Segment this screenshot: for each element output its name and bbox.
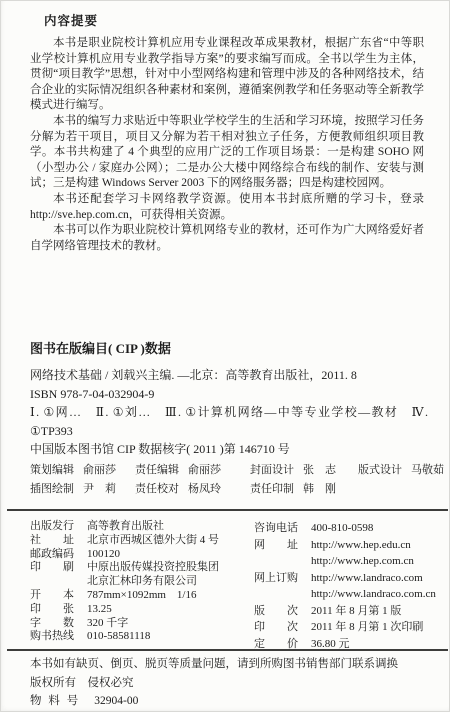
pub-value: 中原出版传媒投资控股集团 bbox=[87, 561, 219, 575]
cip-title-line: 网络技术基础 / 刘载兴主编. —北京：高等教育出版社，2011. 8 bbox=[30, 366, 428, 385]
pub-row-online-order-line2: http://www.landraco.com.cn bbox=[254, 586, 434, 603]
pub-value: 100120 bbox=[87, 548, 120, 562]
credit-value: 俞丽莎 bbox=[83, 464, 116, 476]
pub-value: 2011 年 8 月第 1 次印刷 bbox=[311, 619, 423, 636]
material-number-label: 物 料 号 bbox=[30, 695, 80, 707]
pub-row-website-line2: http://www.hep.com.cn bbox=[254, 553, 434, 570]
pub-value: http://www.hep.com.cn bbox=[311, 553, 414, 570]
pub-row-sheets: 印 张13.25 bbox=[30, 603, 254, 617]
credit-responsible-editor: 责任编辑俞丽莎 bbox=[135, 461, 250, 477]
credit-label: 策划编辑 bbox=[30, 464, 74, 476]
credit-value: 韩 刚 bbox=[303, 483, 336, 495]
pub-row-format: 开 本787mm×1092mm 1/16 bbox=[30, 589, 254, 603]
pub-value: 400-810-0598 bbox=[311, 520, 373, 537]
footer-section: 本书如有缺页、倒页、脱页等质量问题，请到所购图书销售部门联系调换 版权所有 侵权… bbox=[30, 655, 434, 711]
material-number: 物 料 号32904-00 bbox=[30, 692, 434, 711]
pub-row-address: 社 址北京市西城区德外大街 4 号 bbox=[30, 534, 254, 548]
credits-section: 策划编辑俞丽莎 责任编辑俞丽莎 封面设计张 志 版式设计马敬茹 插图绘制尹 莉 … bbox=[30, 461, 438, 496]
credit-label: 责任印制 bbox=[250, 483, 294, 495]
pub-label: 网 址 bbox=[254, 537, 311, 554]
credit-value: 马敬茹 bbox=[411, 464, 444, 476]
credit-label: 责任校对 bbox=[135, 483, 179, 495]
credit-cover-design: 封面设计张 志 bbox=[250, 461, 358, 477]
pub-label: 咨询电话 bbox=[254, 520, 311, 537]
pub-row-publisher: 出版发行高等教育出版社 bbox=[30, 520, 254, 534]
pub-row-printer-line2: 北京汇林印务有限公司 bbox=[30, 575, 254, 589]
publication-left-column: 出版发行高等教育出版社 社 址北京市西城区德外大街 4 号 邮政编码100120… bbox=[30, 520, 254, 652]
pub-label: 社 址 bbox=[30, 534, 87, 548]
credit-empty-cell bbox=[358, 480, 444, 496]
pub-label: 版 次 bbox=[254, 603, 311, 620]
credit-value: 张 志 bbox=[303, 464, 336, 476]
credit-illustration: 插图绘制尹 莉 bbox=[30, 480, 135, 496]
credit-label: 插图绘制 bbox=[30, 483, 74, 495]
pub-value: 2011 年 8 月第 1 版 bbox=[311, 603, 401, 620]
cip-classification-line: Ⅰ. ①网… Ⅱ. ①刘… Ⅲ. ①计算机网络—中等专业学校—教材 Ⅳ. ①TP… bbox=[30, 403, 428, 440]
pub-label: 出版发行 bbox=[30, 520, 87, 534]
cip-heading: 图书在版编目( CIP )数据 bbox=[30, 338, 428, 357]
pub-row-order-hotline: 购书热线010-58581118 bbox=[30, 630, 254, 644]
summary-paragraph: 本书还配套学习卡网络教学资源。使用本书封底所赠的学习卡，登录 http://sv… bbox=[30, 192, 424, 223]
credit-value: 俞丽莎 bbox=[188, 464, 221, 476]
summary-paragraph: 本书可以作为职业院校计算机网络专业的教材，还可作为广大网络爱好者自学网络管理技术… bbox=[30, 223, 424, 254]
divider-rule bbox=[7, 649, 448, 651]
pub-label: 印 刷 bbox=[30, 561, 87, 575]
pub-row-word-count: 字 数320 千字 bbox=[30, 617, 254, 631]
credit-planning-editor: 策划编辑俞丽莎 bbox=[30, 461, 135, 477]
summary-paragraph: 本书是职业院校计算机应用专业课程改革成果教材，根据广东省“中等职业学校计算机应用… bbox=[30, 36, 424, 114]
copyright-statement: 版权所有 侵权必究 bbox=[30, 674, 434, 693]
pub-value: 13.25 bbox=[87, 603, 112, 617]
pub-row-edition: 版 次2011 年 8 月第 1 版 bbox=[254, 603, 434, 620]
pub-row-postcode: 邮政编码100120 bbox=[30, 548, 254, 562]
pub-value: 高等教育出版社 bbox=[87, 520, 164, 534]
credit-label: 封面设计 bbox=[250, 464, 294, 476]
credit-value: 杨凤玲 bbox=[188, 483, 221, 495]
credit-layout-design: 版式设计马敬茹 bbox=[358, 461, 444, 477]
pub-label bbox=[254, 586, 311, 603]
cip-section: 图书在版编目( CIP )数据 网络技术基础 / 刘载兴主编. —北京：高等教育… bbox=[30, 338, 428, 459]
pub-label bbox=[30, 575, 87, 589]
credit-value: 尹 莉 bbox=[83, 483, 116, 495]
credit-proofreader: 责任校对杨凤玲 bbox=[135, 480, 250, 496]
summary-section: 内容提要 本书是职业院校计算机应用专业课程改革成果教材，根据广东省“中等职业学校… bbox=[30, 11, 424, 254]
pub-label: 印 张 bbox=[30, 603, 87, 617]
pub-value: 320 千字 bbox=[87, 617, 128, 631]
credit-print-supervisor: 责任印制韩 刚 bbox=[250, 480, 358, 496]
copyright-page: 内容提要 本书是职业院校计算机应用专业课程改革成果教材，根据广东省“中等职业学校… bbox=[0, 0, 450, 712]
pub-row-website: 网 址http://www.hep.edu.cn bbox=[254, 537, 434, 554]
pub-label: 邮政编码 bbox=[30, 548, 87, 562]
pub-row-printer: 印 刷中原出版传媒投资控股集团 bbox=[30, 561, 254, 575]
divider-rule bbox=[7, 509, 448, 511]
pub-label: 字 数 bbox=[30, 617, 87, 631]
credit-label: 责任编辑 bbox=[135, 464, 179, 476]
pub-value: http://www.landraco.com bbox=[311, 570, 423, 587]
pub-label: 购书热线 bbox=[30, 630, 87, 644]
pub-value: 北京汇林印务有限公司 bbox=[87, 575, 197, 589]
pub-value: 787mm×1092mm 1/16 bbox=[87, 589, 196, 603]
pub-label bbox=[254, 553, 311, 570]
publication-section: 出版发行高等教育出版社 社 址北京市西城区德外大街 4 号 邮政编码100120… bbox=[30, 520, 434, 652]
summary-paragraph: 本书的编写力求贴近中等职业学校学生的生活和学习环境，按照学习任务分解为若干项目，… bbox=[30, 114, 424, 192]
pub-value: http://www.landraco.com.cn bbox=[311, 586, 436, 603]
pub-value: 010-58581118 bbox=[87, 630, 150, 644]
pub-label: 网上订购 bbox=[254, 570, 311, 587]
pub-label: 印 次 bbox=[254, 619, 311, 636]
pub-row-printing: 印 次2011 年 8 月第 1 次印刷 bbox=[254, 619, 434, 636]
publication-right-column: 咨询电话400-810-0598 网 址http://www.hep.edu.c… bbox=[254, 520, 434, 652]
pub-value: http://www.hep.edu.cn bbox=[311, 537, 411, 554]
summary-heading: 内容提要 bbox=[44, 11, 424, 29]
pub-label: 开 本 bbox=[30, 589, 87, 603]
credit-label: 版式设计 bbox=[358, 464, 402, 476]
material-number-value: 32904-00 bbox=[94, 695, 138, 707]
quality-notice: 本书如有缺页、倒页、脱页等质量问题，请到所购图书销售部门联系调换 bbox=[30, 655, 434, 674]
pub-value: 北京市西城区德外大街 4 号 bbox=[87, 534, 219, 548]
pub-row-online-order: 网上订购http://www.landraco.com bbox=[254, 570, 434, 587]
cip-isbn-line: ISBN 978-7-04-032904-9 bbox=[30, 385, 428, 404]
cip-record-number-line: 中国版本图书馆 CIP 数据核字( 2011 )第 146710 号 bbox=[30, 440, 428, 459]
pub-row-consult-phone: 咨询电话400-810-0598 bbox=[254, 520, 434, 537]
